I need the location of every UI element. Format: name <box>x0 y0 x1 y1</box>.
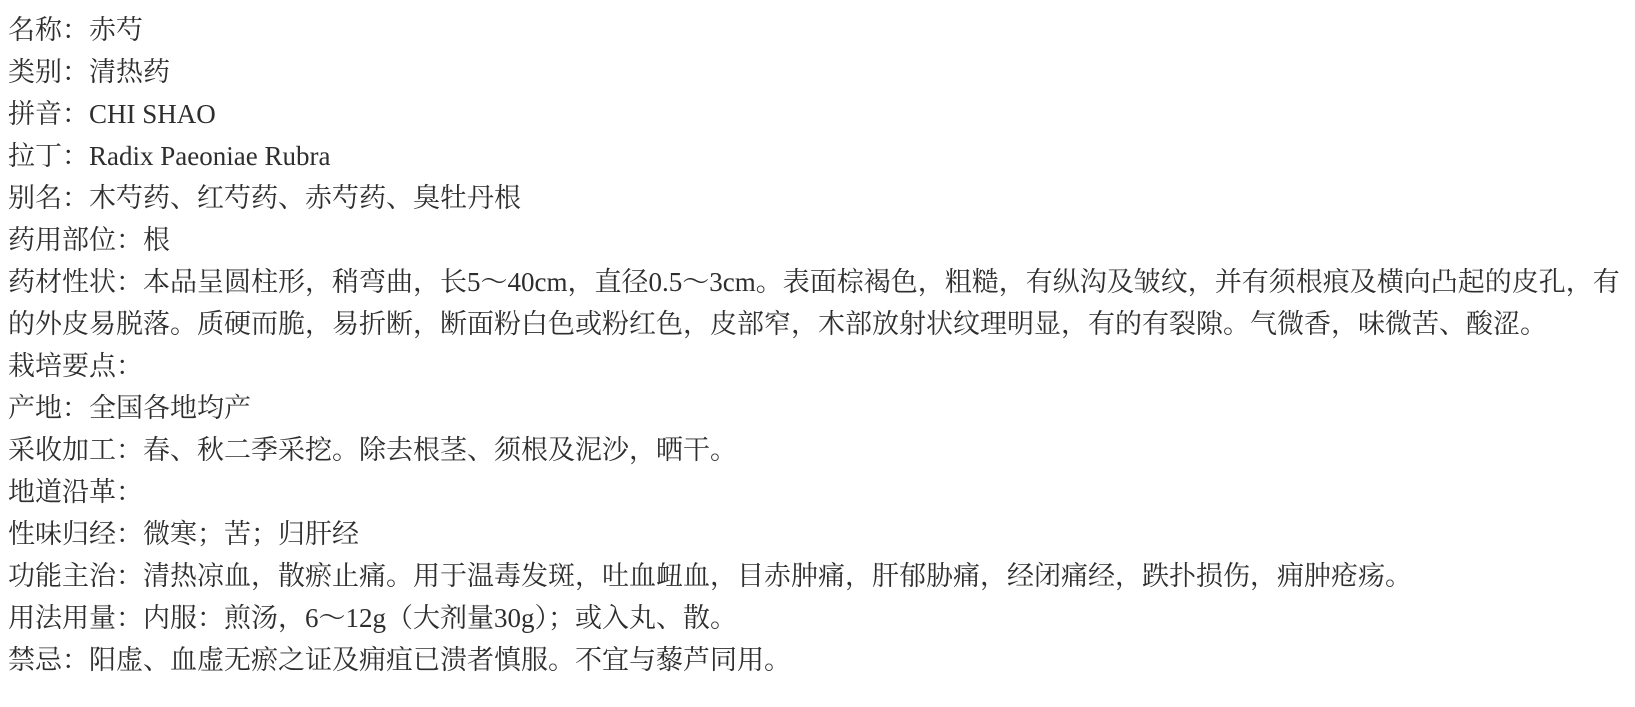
field-row-dosage: 用法用量：内服：煎汤，6～12g（大剂量30g）；或入丸、散。 <box>8 597 1627 639</box>
field-row-properties-meridians: 性味归经：微寒；苦；归肝经 <box>8 513 1627 555</box>
field-row-pinyin: 拼音：CHI SHAO <box>8 93 1627 135</box>
field-value-medicinal-part: 根 <box>143 225 170 255</box>
field-value-properties-meridians: 微寒；苦；归肝经 <box>143 519 359 549</box>
field-label-cultivation: 栽培要点： <box>8 351 143 381</box>
field-row-contraindications: 禁忌：阳虚、血虚无瘀之证及痈疽已溃者慎服。不宜与藜芦同用。 <box>8 639 1627 681</box>
field-label-origin: 产地： <box>8 393 89 423</box>
field-label-name: 名称： <box>8 15 89 45</box>
field-row-medicinal-part: 药用部位：根 <box>8 219 1627 261</box>
field-label-pinyin: 拼音： <box>8 99 89 129</box>
field-value-characteristics: 本品呈圆柱形，稍弯曲，长5～40cm，直径0.5～3cm。表面棕褐色，粗糙，有纵… <box>8 267 1620 339</box>
field-row-latin: 拉丁：Radix Paeoniae Rubra <box>8 135 1627 177</box>
field-row-harvest-processing: 采收加工：春、秋二季采挖。除去根茎、须根及泥沙，晒干。 <box>8 429 1627 471</box>
field-row-name: 名称：赤芍 <box>8 9 1627 51</box>
field-value-functions-indications: 清热凉血，散瘀止痛。用于温毒发斑，吐血衄血，目赤肿痛，肝郁胁痛，经闭痛经，跌扑损… <box>143 561 1412 591</box>
field-row-functions-indications: 功能主治：清热凉血，散瘀止痛。用于温毒发斑，吐血衄血，目赤肿痛，肝郁胁痛，经闭痛… <box>8 555 1627 597</box>
field-value-name: 赤芍 <box>89 15 143 45</box>
field-row-category: 类别：清热药 <box>8 51 1627 93</box>
field-value-harvest-processing: 春、秋二季采挖。除去根茎、须根及泥沙，晒干。 <box>143 435 737 465</box>
herb-monograph-document: 名称：赤芍 类别：清热药 拼音：CHI SHAO 拉丁：Radix Paeoni… <box>0 0 1635 707</box>
field-label-functions-indications: 功能主治： <box>8 561 143 591</box>
field-label-properties-meridians: 性味归经： <box>8 519 143 549</box>
field-value-contraindications: 阳虚、血虚无瘀之证及痈疽已溃者慎服。不宜与藜芦同用。 <box>89 645 791 675</box>
field-label-latin: 拉丁： <box>8 141 89 171</box>
field-row-cultivation: 栽培要点： <box>8 345 1627 387</box>
field-label-contraindications: 禁忌： <box>8 645 89 675</box>
field-label-authentic-history: 地道沿革： <box>8 477 143 507</box>
field-row-authentic-history: 地道沿革： <box>8 471 1627 513</box>
field-row-aliases: 别名：木芍药、红芍药、赤芍药、臭牡丹根 <box>8 177 1627 219</box>
field-row-characteristics: 药材性状：本品呈圆柱形，稍弯曲，长5～40cm，直径0.5～3cm。表面棕褐色，… <box>8 261 1627 345</box>
field-label-characteristics: 药材性状： <box>8 267 143 297</box>
field-label-dosage: 用法用量： <box>8 603 143 633</box>
field-value-dosage: 内服：煎汤，6～12g（大剂量30g）；或入丸、散。 <box>143 603 737 633</box>
field-value-pinyin: CHI SHAO <box>89 99 216 129</box>
field-row-origin: 产地：全国各地均产 <box>8 387 1627 429</box>
field-label-category: 类别： <box>8 57 89 87</box>
field-value-category: 清热药 <box>89 57 170 87</box>
field-label-harvest-processing: 采收加工： <box>8 435 143 465</box>
field-label-aliases: 别名： <box>8 183 89 213</box>
field-value-origin: 全国各地均产 <box>89 393 251 423</box>
field-label-medicinal-part: 药用部位： <box>8 225 143 255</box>
field-value-aliases: 木芍药、红芍药、赤芍药、臭牡丹根 <box>89 183 521 213</box>
field-value-latin: Radix Paeoniae Rubra <box>89 141 330 171</box>
